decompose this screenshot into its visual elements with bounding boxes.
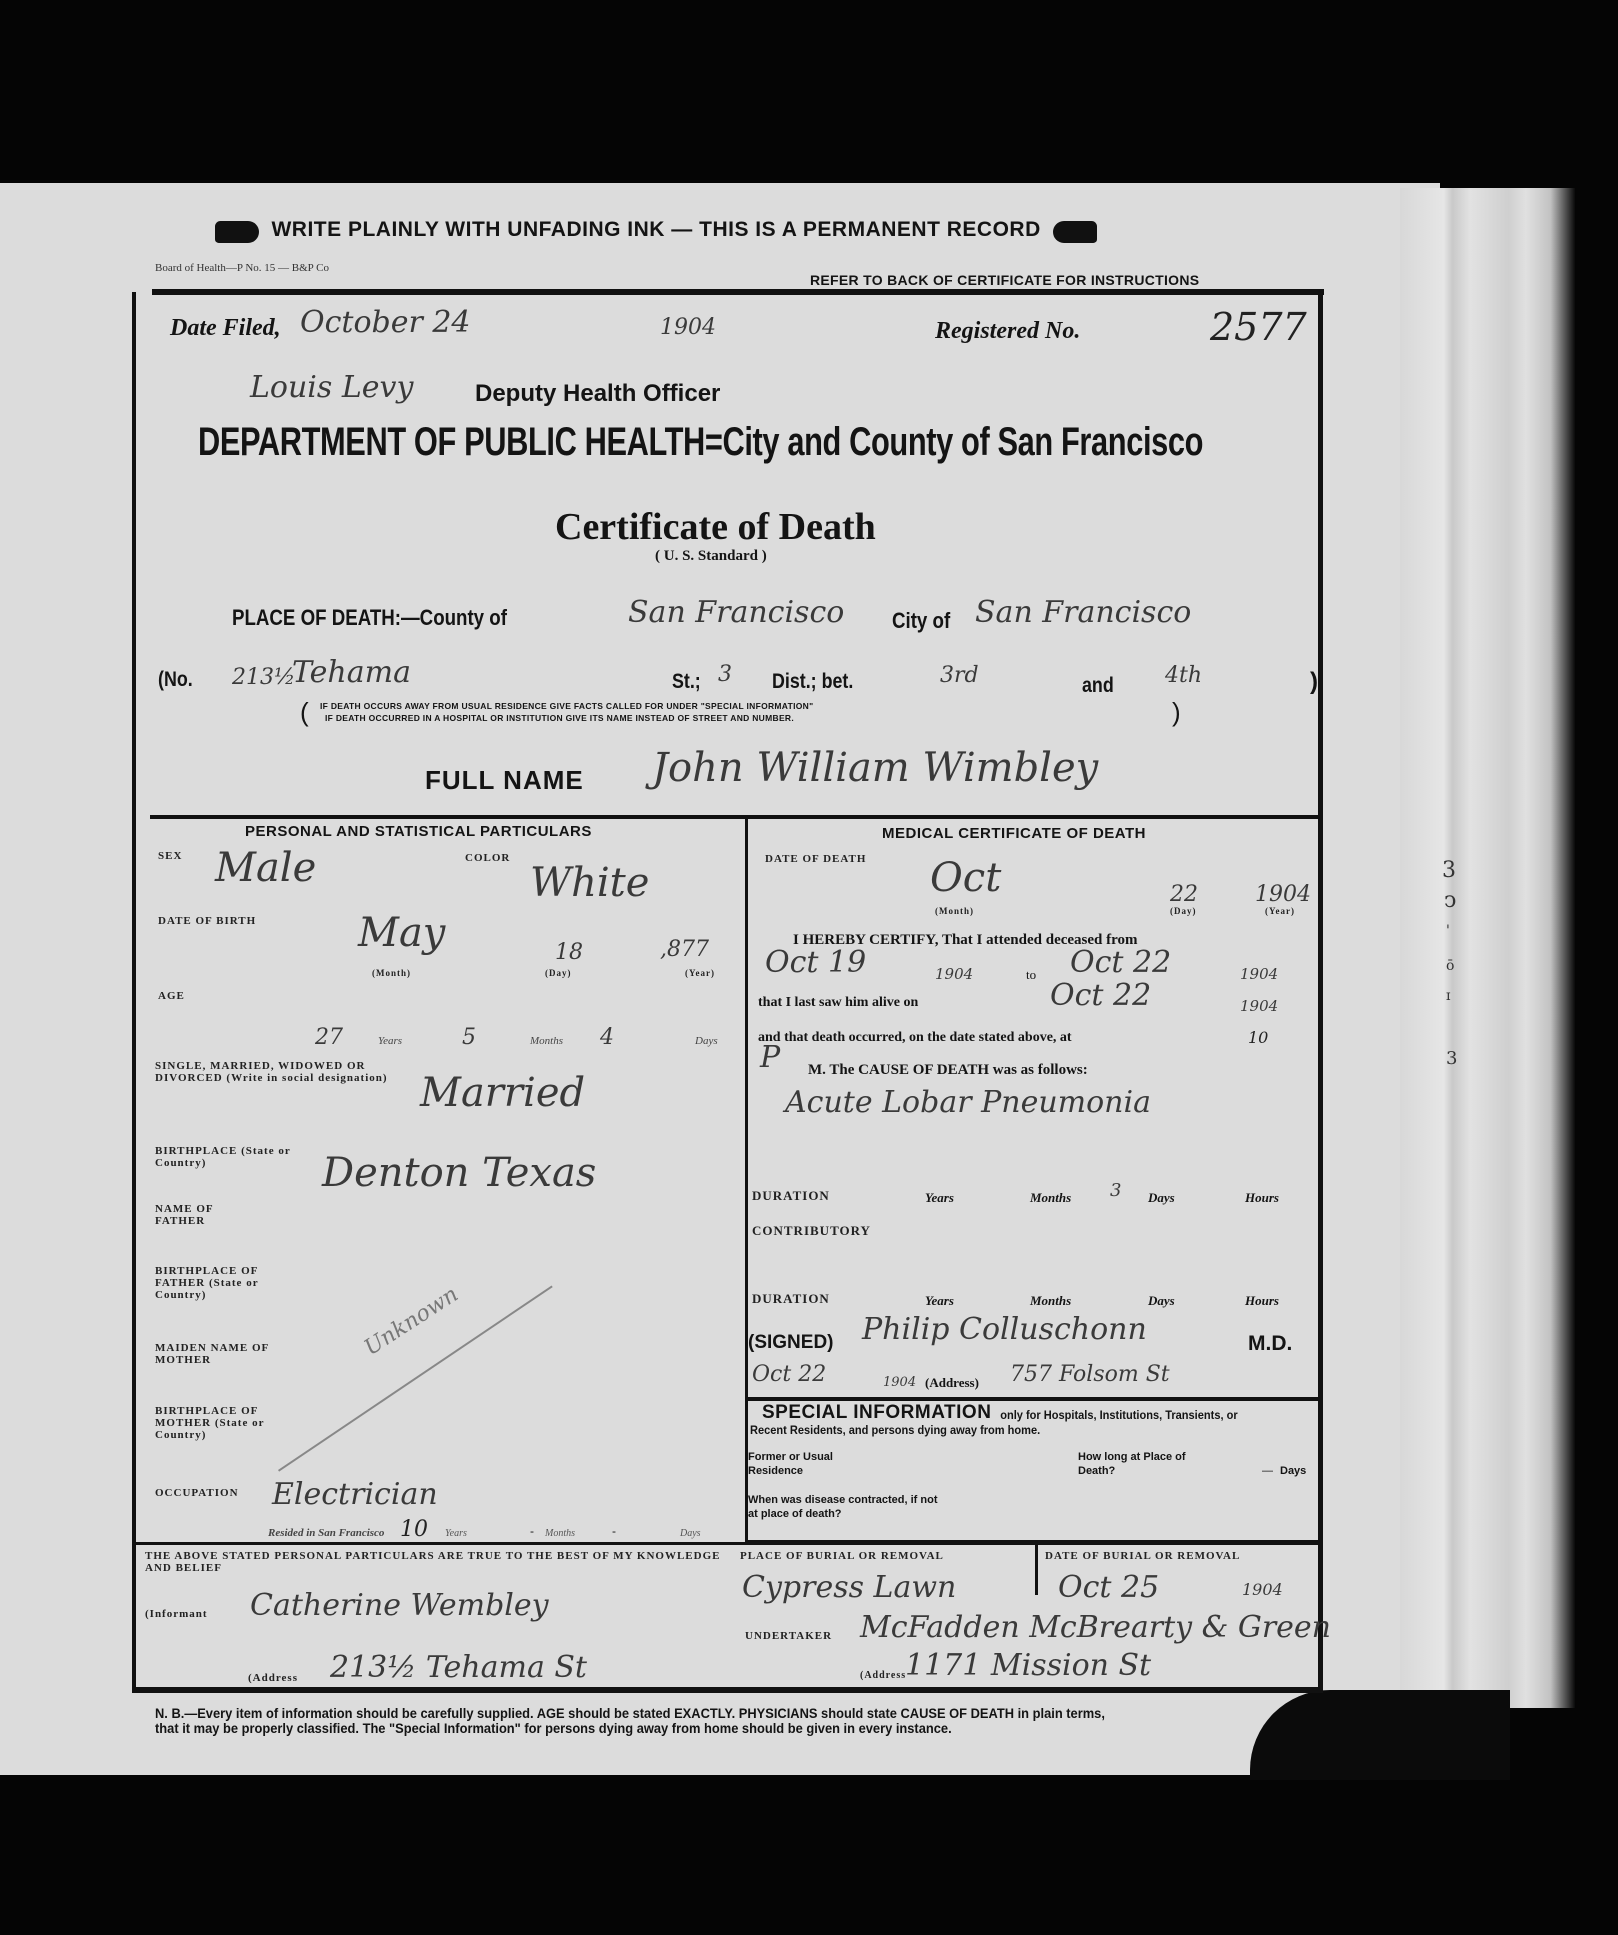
burial-rule xyxy=(745,1540,1320,1543)
printer-line: Board of Health—P No. 15 — B&P Co xyxy=(155,262,329,274)
dod-month: Oct xyxy=(930,855,1001,901)
age-months: 5 xyxy=(462,1025,476,1050)
district-label: Dist.; bet. xyxy=(772,670,853,694)
age-years: 27 xyxy=(315,1025,343,1050)
informant-address: 213½ Tehama St xyxy=(330,1650,587,1685)
age-days-label: Days xyxy=(695,1035,718,1047)
duration-2-hours-label: Hours xyxy=(1245,1293,1279,1309)
informant-name: Catherine Wembley xyxy=(250,1588,549,1623)
burial-place: Cypress Lawn xyxy=(742,1570,956,1605)
column-divider xyxy=(745,818,748,1543)
informant-label: (Informant xyxy=(145,1608,208,1620)
paren-close: ) xyxy=(1310,668,1318,696)
standard-subtitle: ( U. S. Standard ) xyxy=(655,548,767,565)
medical-heading: MEDICAL CERTIFICATE OF DEATH xyxy=(882,825,1146,842)
how-long-label: How long at Place of Death? xyxy=(1078,1450,1208,1478)
birthplace-label: BIRTHPLACE (State or Country) xyxy=(155,1145,315,1169)
dod-day-caption: (Day) xyxy=(1170,905,1197,917)
dod-label: DATE OF DEATH xyxy=(765,853,866,865)
burial-year: 1904 xyxy=(1242,1580,1283,1599)
death-time-text: and that death occurred, on the date sta… xyxy=(758,1030,1072,1046)
signed-year: 1904 xyxy=(883,1375,916,1390)
physician-address-label: (Address) xyxy=(925,1375,979,1391)
dob-label: DATE OF BIRTH xyxy=(158,915,256,927)
father-name-label: NAME OF FATHER xyxy=(155,1203,245,1227)
section-rule xyxy=(150,815,1322,819)
top-rule xyxy=(152,289,1324,295)
informant-address-label: (Address xyxy=(248,1672,298,1684)
duration-years-label: Years xyxy=(925,1190,954,1206)
cause-text: M. The CAUSE OF DEATH was as follows: xyxy=(808,1062,1088,1079)
dob-day: 18 xyxy=(555,940,583,965)
resided-days-label: Days xyxy=(680,1528,701,1539)
resided-years: 10 xyxy=(400,1517,428,1542)
last-saw-year: 1904 xyxy=(1240,997,1278,1015)
burial-divider xyxy=(1035,1545,1038,1595)
duration-2-months-label: Months xyxy=(1030,1293,1071,1309)
burial-date-label: DATE OF BURIAL OR REMOVAL xyxy=(1045,1550,1240,1562)
between-street-1: 3rd xyxy=(940,663,979,688)
to-label: to xyxy=(1026,967,1036,983)
edge-mark: 3 xyxy=(1442,858,1456,883)
undertaker-address-label: (Address xyxy=(860,1670,906,1682)
signed-label: (SIGNED) xyxy=(748,1332,834,1354)
last-saw-date: Oct 22 xyxy=(1050,978,1151,1013)
full-name-value: John William Wimbley xyxy=(652,745,1098,791)
attended-to-year: 1904 xyxy=(1240,965,1278,983)
duration-days-value: 3 xyxy=(1110,1180,1121,1201)
age-label: AGE xyxy=(158,990,185,1002)
place-of-death-label: PLACE OF DEATH:—County of xyxy=(232,605,507,631)
resided-days: - xyxy=(612,1524,616,1538)
age-days: 4 xyxy=(600,1025,614,1050)
between-street-2: 4th xyxy=(1165,663,1202,688)
residence-note-1: IF DEATH OCCURS AWAY FROM USUAL RESIDENC… xyxy=(320,701,813,711)
duration-2-days-label: Days xyxy=(1148,1293,1175,1309)
pointing-hand-icon xyxy=(1053,221,1097,243)
note-paren-open: ( xyxy=(300,697,309,728)
footnote: N. B.—Every item of information should b… xyxy=(155,1706,1121,1736)
how-long-value: — xyxy=(1262,1465,1273,1477)
resided-months: - xyxy=(530,1524,534,1538)
street-number: 213½ xyxy=(232,665,295,690)
duration-2-years-label: Years xyxy=(925,1293,954,1309)
instructions-note: REFER TO BACK OF CERTIFICATE FOR INSTRUC… xyxy=(810,272,1199,288)
sex-label: SEX xyxy=(158,850,182,862)
banner-text: WRITE PLAINLY WITH UNFADING INK — THIS I… xyxy=(271,218,1040,241)
date-filed-value: October 24 xyxy=(300,305,471,340)
occupation-value: Electrician xyxy=(272,1477,438,1512)
st-label: St.; xyxy=(672,670,701,694)
certificate-title: Certificate of Death xyxy=(555,505,876,549)
color-value: White xyxy=(530,860,649,906)
edge-mark: ' xyxy=(1446,923,1450,939)
special-subheading: only for Hospitals, Institutions, Transi… xyxy=(750,1408,1265,1438)
meridiem: P xyxy=(760,1040,780,1075)
dod-year: 1904 xyxy=(1255,882,1311,907)
registered-number: 2577 xyxy=(1210,305,1307,349)
father-birthplace-label: BIRTHPLACE OF FATHER (State or Country) xyxy=(155,1265,295,1301)
color-label: COLOR xyxy=(465,852,510,864)
frame-right xyxy=(1318,292,1323,1690)
duration-label: DURATION xyxy=(752,1190,830,1202)
frame-left xyxy=(132,292,136,1690)
header-banner: WRITE PLAINLY WITH UNFADING INK — THIS I… xyxy=(215,218,1097,243)
undertaker-address: 1171 Mission St xyxy=(905,1648,1151,1683)
attended-from: Oct 19 xyxy=(765,945,866,980)
month-caption: (Month) xyxy=(372,967,411,979)
date-filed-label: Date Filed, xyxy=(170,315,281,342)
resided-months-label: Months xyxy=(545,1528,575,1539)
occupation-label: OCCUPATION xyxy=(155,1487,239,1499)
mother-maiden-label: MAIDEN NAME OF MOTHER xyxy=(155,1342,285,1366)
city-value: San Francisco xyxy=(975,595,1191,630)
day-caption: (Day) xyxy=(545,967,572,979)
note-paren-close: ) xyxy=(1172,697,1181,728)
bottom-rule xyxy=(132,1687,1323,1693)
binding-edge: 3 ↄ ' ō ɪ 3 xyxy=(1400,188,1575,1708)
burial-date: Oct 25 xyxy=(1058,1570,1159,1605)
edge-mark: ō xyxy=(1446,958,1454,974)
marital-value: Married xyxy=(420,1070,585,1116)
attended-from-year: 1904 xyxy=(935,965,973,983)
md-label: M.D. xyxy=(1248,1332,1292,1356)
dod-month-caption: (Month) xyxy=(935,905,974,917)
physician-address: 757 Folsom St xyxy=(1010,1362,1170,1387)
date-filed-year: 1904 xyxy=(660,315,716,340)
contributory-label: CONTRIBUTORY xyxy=(752,1225,871,1237)
duration-days-label: Days xyxy=(1148,1190,1175,1206)
dod-year-caption: (Year) xyxy=(1265,905,1295,917)
personal-heading: PERSONAL AND STATISTICAL PARTICULARS xyxy=(245,823,592,840)
department-title: DEPARTMENT OF PUBLIC HEALTH=City and Cou… xyxy=(198,420,1203,465)
last-saw-text: that I last saw him alive on xyxy=(758,995,918,1011)
burial-place-label: PLACE OF BURIAL OR REMOVAL xyxy=(740,1550,944,1562)
duration-hours-label: Hours xyxy=(1245,1190,1279,1206)
edge-mark: 3 xyxy=(1446,1048,1457,1069)
how-long-days-label: Days xyxy=(1280,1465,1306,1477)
undertaker-value: McFadden McBrearty & Green xyxy=(860,1610,1331,1645)
age-months-label: Months xyxy=(530,1035,563,1047)
officer-signature: Louis Levy xyxy=(250,370,413,405)
county-value: San Francisco xyxy=(628,595,844,630)
resided-years-label: Years xyxy=(445,1528,467,1539)
signed-date: Oct 22 xyxy=(752,1362,826,1387)
dod-day: 22 xyxy=(1170,882,1198,907)
and-label: and xyxy=(1082,674,1114,698)
sex-value: Male xyxy=(215,845,316,891)
undertaker-label: UNDERTAKER xyxy=(745,1630,832,1642)
former-residence-label: Former or Usual Residence xyxy=(748,1450,858,1478)
death-hour: 10 xyxy=(1248,1028,1268,1047)
age-years-label: Years xyxy=(378,1035,402,1047)
edge-mark: ↄ xyxy=(1444,888,1456,913)
year-caption: (Year) xyxy=(685,967,715,979)
special-rule xyxy=(745,1397,1320,1401)
street-name: Tehama xyxy=(292,655,411,690)
disease-contracted-label: When was disease contracted, if not at p… xyxy=(748,1493,948,1521)
marital-label: SINGLE, MARRIED, WIDOWED OR DIVORCED (Wr… xyxy=(155,1060,395,1084)
ward-value: 3 xyxy=(718,662,732,687)
officer-title: Deputy Health Officer xyxy=(475,380,720,408)
duration-months-label: Months xyxy=(1030,1190,1071,1206)
scan-shadow xyxy=(1250,1690,1510,1780)
pointing-hand-icon xyxy=(215,221,259,243)
mother-birthplace-label: BIRTHPLACE OF MOTHER (State or Country) xyxy=(155,1405,295,1441)
dob-month: May xyxy=(358,910,445,956)
informant-statement: THE ABOVE STATED PERSONAL PARTICULARS AR… xyxy=(145,1550,725,1574)
duration-2-label: DURATION xyxy=(752,1293,830,1305)
city-label: City of xyxy=(892,608,950,634)
cause-value: Acute Lobar Pneumonia xyxy=(785,1085,1151,1120)
resided-label: Resided in San Francisco xyxy=(268,1527,384,1539)
dob-year: ,877 xyxy=(660,937,709,962)
street-no-label: (No. xyxy=(158,668,193,692)
birthplace-value: Denton Texas xyxy=(322,1150,596,1196)
full-name-label: FULL NAME xyxy=(425,765,584,796)
residence-note-2: IF DEATH OCCURRED IN A HOSPITAL OR INSTI… xyxy=(325,713,794,723)
registered-label: Registered No. xyxy=(935,318,1080,345)
physician-signature: Philip Colluschonn xyxy=(862,1312,1147,1347)
attended-to: Oct 22 xyxy=(1070,945,1171,980)
edge-mark: ɪ xyxy=(1446,988,1450,1004)
